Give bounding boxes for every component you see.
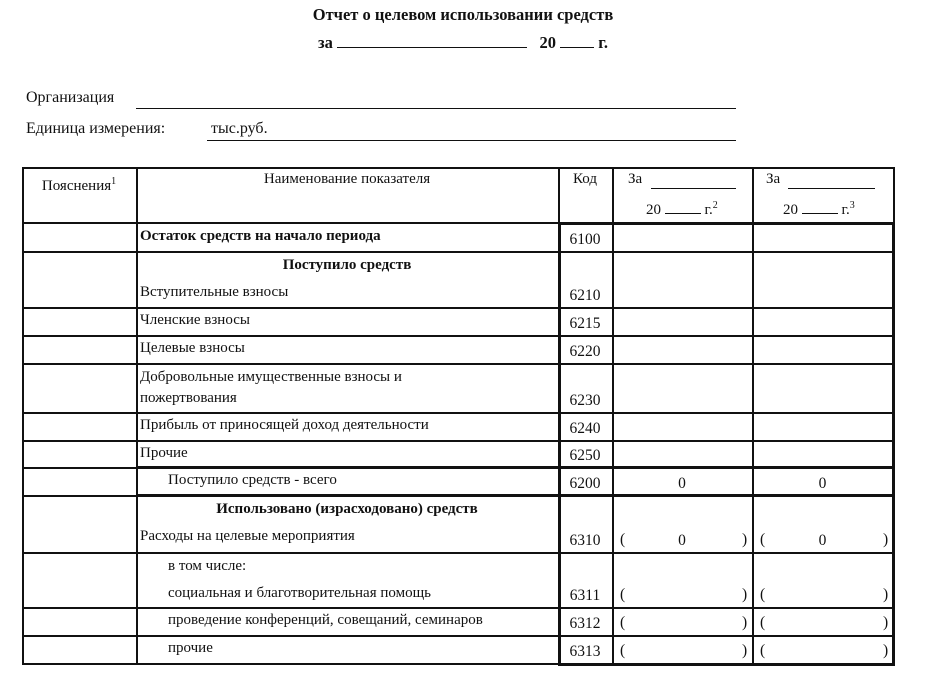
column-divider xyxy=(612,167,614,664)
year-blank-field[interactable] xyxy=(560,33,594,48)
period1-blank-field[interactable] xyxy=(651,174,736,189)
value-cell-v1[interactable] xyxy=(615,443,749,464)
value-cell-v2[interactable] xyxy=(755,555,890,604)
footnote-marker: 1 xyxy=(111,176,116,187)
value-cell-v2[interactable] xyxy=(755,638,890,660)
period2-blank-field[interactable] xyxy=(788,174,875,189)
footnote-marker: 2 xyxy=(713,200,718,211)
value-v2: 0 xyxy=(752,474,893,493)
period2-suffix: г. xyxy=(842,202,850,218)
thick-bottom-border xyxy=(558,663,895,666)
indicator-code: 6230 xyxy=(558,391,612,410)
table-bottom-border xyxy=(22,663,558,665)
notes-cell[interactable] xyxy=(24,253,134,305)
indicator-name: Расходы на целевые мероприятия xyxy=(140,527,355,546)
section-heading: Использовано (израсходовано) средств xyxy=(136,500,558,519)
paren-close: ) xyxy=(742,642,747,660)
organization-label: Организация xyxy=(26,89,114,107)
notes-cell[interactable] xyxy=(24,225,134,249)
column-header-code: Код xyxy=(558,170,612,189)
period1-year-text: 20 xyxy=(646,202,661,218)
value-cell-v2[interactable] xyxy=(755,415,890,437)
indicator-name: Добровольные имущественные взносы и xyxy=(140,368,402,387)
header-divider-thick xyxy=(558,222,895,225)
row-divider xyxy=(136,440,894,442)
row-divider xyxy=(136,363,894,365)
notes-cell[interactable] xyxy=(24,637,134,661)
indicator-code: 6100 xyxy=(558,230,612,249)
column-header-period2-prefix: За xyxy=(766,170,780,189)
indicator-code: 6310 xyxy=(558,531,612,550)
indicator-name: прочие xyxy=(168,639,213,658)
paren-close: ) xyxy=(883,614,888,632)
row-divider xyxy=(136,251,894,253)
paren-open: ( xyxy=(620,614,625,632)
year-prefix: 20 xyxy=(539,33,556,52)
notes-cell[interactable] xyxy=(24,609,134,633)
value-cell-v1[interactable] xyxy=(615,310,749,332)
organization-field[interactable] xyxy=(136,91,736,109)
row-divider xyxy=(136,494,894,497)
notes-cell[interactable] xyxy=(24,309,134,333)
indicator-code: 6312 xyxy=(558,614,612,633)
report-title: Отчет о целевом использовании средств xyxy=(0,5,926,25)
paren-open: ( xyxy=(760,614,765,632)
row-divider xyxy=(136,552,894,554)
indicator-name: Целевые взносы xyxy=(140,339,245,358)
value-cell-v2[interactable] xyxy=(755,338,890,360)
row-divider xyxy=(136,307,894,309)
paren-open: ( xyxy=(760,531,765,549)
indicator-code: 6311 xyxy=(558,586,612,605)
notes-cell[interactable] xyxy=(24,554,134,605)
paren-open: ( xyxy=(760,642,765,660)
paren-close: ) xyxy=(883,586,888,604)
indicator-name: Вступительные взносы xyxy=(140,283,288,302)
value-cell-v1[interactable] xyxy=(615,555,749,604)
notes-cell[interactable] xyxy=(24,337,134,361)
header-divider xyxy=(22,222,558,224)
period-prefix: за xyxy=(318,33,333,52)
thick-divider xyxy=(892,223,895,665)
value-cell-v2[interactable] xyxy=(755,310,890,332)
indicator-code: 6200 xyxy=(558,474,612,493)
row-divider xyxy=(136,412,894,414)
value-cell-v1[interactable] xyxy=(615,415,749,437)
notes-header-text: Пояснения xyxy=(42,178,111,194)
table-top-border xyxy=(22,167,893,169)
indicator-code: 6250 xyxy=(558,446,612,465)
period2-year-text: 20 xyxy=(783,202,798,218)
year-suffix: г. xyxy=(598,33,608,52)
indicator-name: Прочие xyxy=(140,444,188,463)
row-divider xyxy=(136,466,894,469)
column-header-period1-year: 20 г.2 xyxy=(646,196,718,220)
value-cell-v1[interactable] xyxy=(615,226,749,248)
notes-cell[interactable] xyxy=(24,365,134,410)
indicator-name: социальная и благотворительная помощь xyxy=(168,584,431,603)
value-cell-v1[interactable] xyxy=(615,338,749,360)
indicator-code: 6220 xyxy=(558,342,612,361)
value-cell-v2[interactable] xyxy=(755,443,890,464)
indicator-code: 6240 xyxy=(558,419,612,438)
footnote-marker: 3 xyxy=(850,200,855,211)
paren-close: ) xyxy=(883,531,888,549)
paren-close: ) xyxy=(883,642,888,660)
section-heading: Поступило средств xyxy=(136,256,558,275)
column-divider xyxy=(752,167,754,664)
indicator-code: 6210 xyxy=(558,286,612,305)
paren-open: ( xyxy=(620,531,625,549)
unit-value: тыс.руб. xyxy=(211,120,268,138)
indicator-name: Остаток средств на начало периода xyxy=(140,227,381,246)
value-cell-v1[interactable] xyxy=(615,254,749,304)
report-period: за 20 г. xyxy=(0,33,926,53)
value-cell-v1[interactable] xyxy=(615,366,749,409)
column-header-notes: Пояснения1 xyxy=(22,172,136,196)
notes-cell[interactable] xyxy=(24,442,134,465)
column-divider xyxy=(893,167,895,223)
value-cell-v2[interactable] xyxy=(755,254,890,304)
column-header-name: Наименование показателя xyxy=(136,170,558,189)
column-header-period1-prefix: За xyxy=(628,170,642,189)
paren-open: ( xyxy=(760,586,765,604)
indicator-name: Прибыль от приносящей доход деятельности xyxy=(140,416,429,435)
paren-open: ( xyxy=(620,586,625,604)
paren-open: ( xyxy=(620,642,625,660)
column-divider xyxy=(136,167,138,664)
value-cell-v2[interactable] xyxy=(755,610,890,632)
unit-field[interactable] xyxy=(207,123,736,141)
row-divider xyxy=(136,635,894,637)
paren-close: ) xyxy=(742,531,747,549)
value-cell-v2[interactable] xyxy=(755,226,890,248)
notes-cell[interactable] xyxy=(24,469,134,493)
row-divider xyxy=(136,607,894,609)
notes-cell[interactable] xyxy=(24,497,134,550)
indicator-name: Поступило средств - всего xyxy=(168,471,337,490)
value-cell-v2[interactable] xyxy=(755,366,890,409)
paren-close: ) xyxy=(742,614,747,632)
value-v1: 0 xyxy=(612,531,752,550)
period1-year-blank[interactable] xyxy=(665,201,701,214)
value-cell-v1[interactable] xyxy=(615,638,749,660)
indicator-name: Членские взносы xyxy=(140,311,250,330)
column-header-period2-year: 20 г.3 xyxy=(783,196,855,220)
notes-cell[interactable] xyxy=(24,414,134,438)
indicator-code: 6215 xyxy=(558,314,612,333)
value-cell-v1[interactable] xyxy=(615,610,749,632)
unit-label: Единица измерения: xyxy=(26,120,165,138)
section-heading: в том числе: xyxy=(168,557,246,576)
period2-year-blank[interactable] xyxy=(802,201,838,214)
indicator-name: пожертвования xyxy=(140,389,237,408)
value-v1: 0 xyxy=(612,474,752,493)
paren-close: ) xyxy=(742,586,747,604)
indicator-code: 6313 xyxy=(558,642,612,661)
period1-suffix: г. xyxy=(705,202,713,218)
period-blank-field[interactable] xyxy=(337,33,527,48)
indicator-name: проведение конференций, совещаний, семин… xyxy=(168,611,483,630)
row-divider xyxy=(136,335,894,337)
value-v2: 0 xyxy=(752,531,893,550)
